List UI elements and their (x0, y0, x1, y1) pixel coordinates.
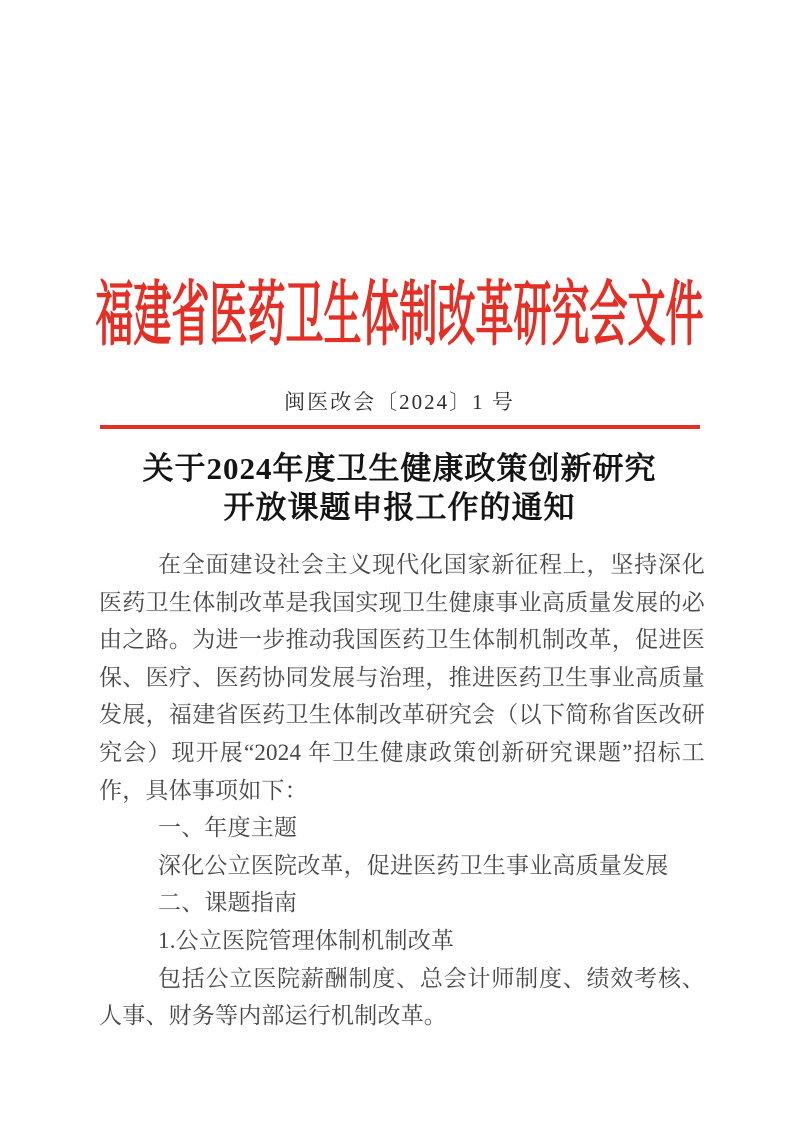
body-paragraph: 1.公立医院管理体制机制改革 (99, 922, 705, 960)
document-number: 闽医改会〔2024〕1 号 (0, 386, 799, 416)
body-paragraph: 一、年度主题 (99, 809, 705, 847)
letterhead-org-title: 福建省医药卫生体制改革研究会文件 (0, 224, 799, 409)
notice-title-line1: 关于2024年度卫生健康政策创新研究 (0, 449, 799, 488)
notice-body: 在全面建设社会主义现代化国家新征程上，坚持深化医药卫生体制改革是我国实现卫生健康… (99, 546, 705, 1035)
notice-title-line2: 开放课题申报工作的通知 (0, 488, 799, 527)
body-paragraph: 深化公立医院改革，促进医药卫生事业高质量发展 (99, 847, 705, 885)
body-paragraph: 二、课题指南 (99, 884, 705, 922)
letterhead-divider (100, 425, 700, 429)
body-paragraph: 包括公立医院薪酬制度、总会计师制度、绩效考核、人事、财务等内部运行机制改革。 (99, 960, 705, 1035)
notice-title: 关于2024年度卫生健康政策创新研究 开放课题申报工作的通知 (0, 449, 799, 527)
body-paragraph: 在全面建设社会主义现代化国家新征程上，坚持深化医药卫生体制改革是我国实现卫生健康… (99, 546, 705, 809)
document-page: 福建省医药卫生体制改革研究会文件 闽医改会〔2024〕1 号 关于2024年度卫… (0, 0, 799, 1131)
